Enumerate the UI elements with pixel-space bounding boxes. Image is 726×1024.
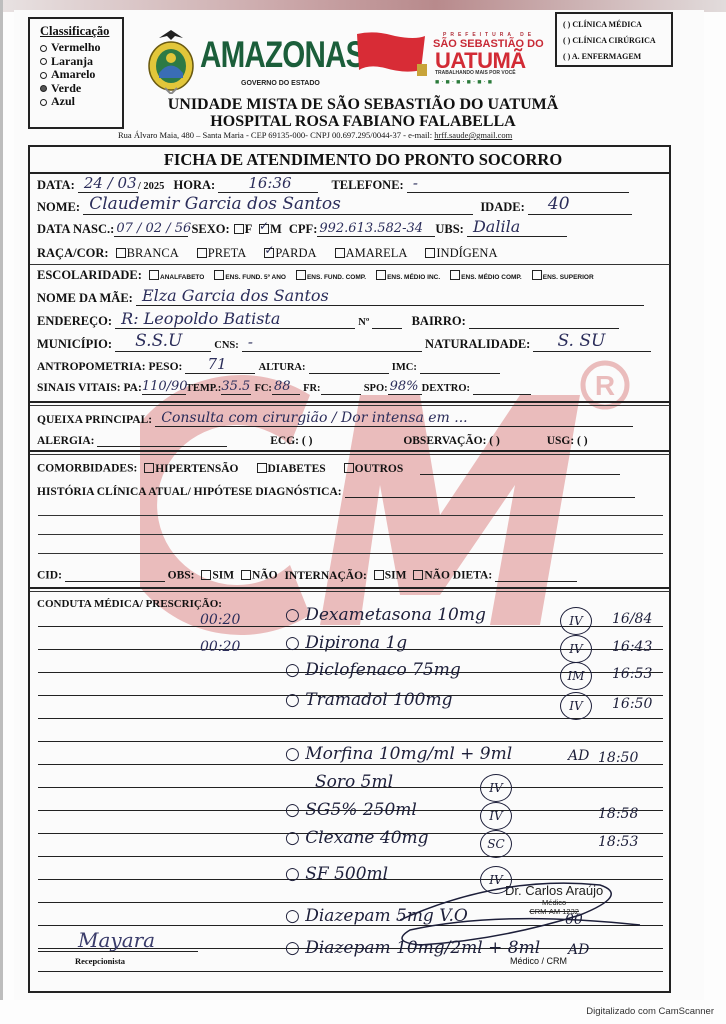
checkbox[interactable] xyxy=(335,248,345,258)
value-peso: 71 xyxy=(207,355,226,373)
value-municipio: S.S.U xyxy=(135,331,182,351)
option-hipertens-o[interactable]: HIPERTENSÃO xyxy=(140,463,238,475)
option-ens-superior[interactable]: ENS. SUPERIOR xyxy=(528,268,594,282)
checkbox-obs-nao[interactable] xyxy=(241,570,251,580)
option-label: PARDA xyxy=(275,246,316,260)
option-label: ENS. FUND. COMP. xyxy=(307,274,366,281)
amazonas-subtitle: GOVERNO DO ESTADO xyxy=(241,80,320,87)
label-alergia: ALERGIA: xyxy=(37,435,95,447)
label-usg[interactable]: USG: ( ) xyxy=(547,435,588,447)
label-cid: CID: xyxy=(37,570,62,582)
prescription-line[interactable] xyxy=(38,856,663,857)
label-naturalidade: NATURALIDADE: xyxy=(425,337,530,351)
row-queixa: QUEIXA PRINCIPAL: Consulta com cirurgião… xyxy=(37,412,633,427)
label-medico-crm: Médico / CRM xyxy=(510,956,567,966)
prescription-item: Soro 5ml xyxy=(315,772,393,792)
value-data: 24 / 03 xyxy=(84,174,137,192)
value-temp: 35.5 xyxy=(221,379,250,394)
row-conduta: CONDUTA MÉDICA/ PRESCRIÇÃO: xyxy=(37,598,222,610)
checkbox-sexo-f[interactable] xyxy=(234,224,244,234)
row-endereco: ENDEREÇO: R: Leopoldo Batista Nº BAIRRO: xyxy=(37,314,619,329)
prescription-line[interactable] xyxy=(38,764,663,765)
classification-option-amarelo[interactable]: Amarelo xyxy=(40,68,122,82)
divider xyxy=(30,454,670,455)
value-nome: Claudemir Garcia dos Santos xyxy=(89,194,341,214)
route-mark: SC xyxy=(480,830,512,858)
row-sinais: SINAIS VITAIS: PA:110/90TEMP.:35.5 FC:88… xyxy=(37,380,531,395)
checkbox[interactable] xyxy=(257,463,267,473)
prescription-item: ○ Dipirona 1g xyxy=(285,633,407,653)
prescription-item: ○ Morfina 10mg/ml + 9ml xyxy=(285,744,512,764)
hospital-title: HOSPITAL ROSA FABIANO FALABELLA xyxy=(0,113,726,131)
label-cns: CNS: xyxy=(214,340,239,351)
row-historia: HISTÓRIA CLÍNICA ATUAL/ HIPÓTESE DIAGNÓS… xyxy=(37,483,635,498)
label-escolaridade: ESCOLARIDADE: xyxy=(37,268,142,282)
divider xyxy=(30,405,670,406)
checkbox[interactable] xyxy=(425,248,435,258)
route-mark: IV xyxy=(560,692,592,720)
option-diabetes[interactable]: DIABETES xyxy=(253,463,326,475)
option-ind-gena[interactable]: INDÍGENA xyxy=(421,246,497,260)
option-ens-m-dio-inc-[interactable]: ENS. MÉDIO INC. xyxy=(372,268,440,282)
row-raca: RAÇA/COR: BRANCAPRETAPARDAAMARELAINDÍGEN… xyxy=(37,246,512,261)
receptionist-line xyxy=(38,951,198,952)
option-label: ENS. MÉDIO INC. xyxy=(387,274,440,281)
label-municipio: MUNICÍPIO: xyxy=(37,337,112,351)
label-conduta: CONDUTA MÉDICA/ PRESCRIÇÃO: xyxy=(37,598,222,610)
value-queixa: Consulta com cirurgião / Dor intensa em … xyxy=(161,410,467,426)
label-endereco: ENDEREÇO: xyxy=(37,314,112,328)
field-fc[interactable]: 88 xyxy=(272,380,300,395)
checkbox[interactable] xyxy=(197,248,207,258)
value-telefone: - xyxy=(413,174,418,192)
option-label: ENS. MÉDIO COMP. xyxy=(461,274,522,281)
historia-line[interactable] xyxy=(38,553,663,554)
checkbox[interactable] xyxy=(264,248,274,258)
route-mark: IV xyxy=(560,635,592,663)
label-idade: IDADE: xyxy=(480,200,524,214)
city-tagline: TRABALHANDO MAIS POR VOCÊ xyxy=(435,70,516,76)
hospital-address: Rua Álvaro Maia, 480 – Santa Maria - CEP… xyxy=(118,130,512,140)
historia-line[interactable] xyxy=(38,515,663,516)
option-label: AMARELA xyxy=(346,246,408,260)
label-bairro: BAIRRO: xyxy=(412,314,466,328)
label-queixa: QUEIXA PRINCIPAL: xyxy=(37,414,152,426)
administration-time: 16:53 xyxy=(612,666,652,682)
field-cns[interactable]: - xyxy=(242,337,422,352)
form-title: FICHA DE ATENDIMENTO DO PRONTO SOCORRO xyxy=(0,150,726,170)
route-mark: AD xyxy=(568,748,589,764)
value-spo: 98% xyxy=(390,379,419,394)
label-nome: NOME: xyxy=(37,200,80,214)
field-queixa[interactable]: Consulta com cirurgião / Dor intensa em … xyxy=(155,412,633,427)
label-fr: FR: xyxy=(303,383,321,394)
label-internacao-sim: SIM xyxy=(385,570,407,582)
value-nome-mae: Elza Garcia dos Santos xyxy=(142,286,329,305)
field-peso[interactable]: 71 xyxy=(185,359,255,374)
field-data[interactable]: 24 / 03 xyxy=(78,178,138,193)
field-municipio[interactable]: S.S.U xyxy=(115,337,211,352)
value-cns: - xyxy=(248,333,253,351)
prescription-item: ○ SF 500ml xyxy=(285,864,388,884)
field-pa[interactable]: 110/90 xyxy=(142,380,186,395)
row-cid: CID: OBS: SIM NÃO INTERNAÇÃO: SIM NÃO DI… xyxy=(37,567,577,582)
field-temp[interactable]: 35.5 xyxy=(221,380,251,395)
label-obs: OBS: xyxy=(168,570,195,582)
administration-time: 18:53 xyxy=(598,834,638,850)
row-comorbidades: COMORBIDADES: HIPERTENSÃODIABETESOUTROS xyxy=(37,460,620,475)
checkbox-internacao-nao[interactable] xyxy=(413,570,423,580)
option-label: OUTROS xyxy=(355,463,404,475)
row-mae: NOME DA MÃE: Elza Garcia dos Santos xyxy=(37,291,644,306)
classification-option-label: Amarelo xyxy=(51,67,95,81)
label-recepcionista: Recepcionista xyxy=(75,956,125,966)
label-comorbidades: COMORBIDADES: xyxy=(37,463,137,475)
label-dieta: DIETA: xyxy=(453,570,492,582)
field-spo[interactable]: 98% xyxy=(388,380,422,395)
label-hora: HORA: xyxy=(174,178,216,192)
checkbox[interactable] xyxy=(376,270,386,280)
classification-option-vermelho[interactable]: Vermelho xyxy=(40,41,122,55)
camscanner-footer: Digitalizado com CamScanner xyxy=(586,1006,714,1017)
option-label: ANALFABETO xyxy=(160,274,204,281)
label-nome-mae: NOME DA MÃE: xyxy=(37,291,133,305)
value-idade: 40 xyxy=(548,194,570,214)
clinic-option-enfermagem[interactable]: ( ) A. ENFERMAGEM xyxy=(563,49,665,65)
checkbox[interactable] xyxy=(116,248,126,258)
label-year: / 2025 xyxy=(138,181,165,192)
amazonas-title: AMAZONAS xyxy=(200,34,365,76)
label-internacao: INTERNAÇÃO: xyxy=(284,570,366,582)
city-icons: ■·■·■·■·■·■ xyxy=(435,78,494,86)
city-flag-icon xyxy=(355,30,430,80)
label-internacao-nao: NÃO xyxy=(424,570,450,582)
clinic-type-box: ( ) CLÍNICA MÉDICA ( ) CLÍNICA CIRÚRGICA… xyxy=(555,12,673,67)
label-altura: ALTURA: xyxy=(259,362,306,373)
radio-icon xyxy=(40,72,47,79)
value-naturalidade: S. SU xyxy=(557,331,605,351)
classification-option-laranja[interactable]: Laranja xyxy=(40,55,122,69)
label-ubs: UBS: xyxy=(435,222,463,236)
field-cid[interactable] xyxy=(65,567,165,582)
label-spo: SPO: xyxy=(364,383,388,394)
field-historia[interactable] xyxy=(345,483,635,498)
administration-time: 16:50 xyxy=(612,696,652,712)
prescription-time-1: 00:20 xyxy=(200,612,240,628)
field-alergia[interactable] xyxy=(97,432,227,447)
prescription-time-2: 00:20 xyxy=(200,639,240,655)
field-dieta[interactable] xyxy=(495,567,577,582)
value-data-nasc: 07 / 02 / 56 xyxy=(116,221,191,236)
checkbox-sexo-m[interactable] xyxy=(259,224,269,234)
label-sexo-f: F xyxy=(245,222,252,236)
option-branca[interactable]: BRANCA xyxy=(112,246,179,260)
label-peso: ANTROPOMETRIA: PESO: xyxy=(37,361,182,373)
label-temp: TEMP.: xyxy=(186,383,222,394)
value-cpf: 992.613.582-34 xyxy=(319,221,423,236)
row-name: NOME: Claudemir Garcia dos Santos IDADE:… xyxy=(37,200,632,215)
value-fc: 88 xyxy=(274,379,291,394)
value-hora: 16:36 xyxy=(248,174,291,192)
label-raca: RAÇA/COR: xyxy=(37,246,109,260)
prescription-item: ○ Dexametasona 10mg xyxy=(285,605,486,625)
checkbox[interactable] xyxy=(144,463,154,473)
divider xyxy=(30,591,670,592)
prescription-line[interactable] xyxy=(38,741,663,742)
route-mark: IV xyxy=(480,802,512,830)
checkbox[interactable] xyxy=(214,270,224,280)
field-cpf[interactable]: 992.613.582-34 xyxy=(317,222,435,237)
field-endereco[interactable]: R: Leopoldo Batista xyxy=(115,314,355,329)
label-dextro: DEXTRO: xyxy=(422,383,470,394)
label-cpf: CPF: xyxy=(289,222,317,236)
label-numero: Nº xyxy=(358,317,369,328)
checkbox[interactable] xyxy=(532,270,542,280)
historia-line[interactable] xyxy=(38,534,663,535)
label-ecg[interactable]: ECG: ( ) xyxy=(270,435,312,447)
label-data: DATA: xyxy=(37,178,75,192)
option-amarela[interactable]: AMARELA xyxy=(331,246,408,260)
checkbox-internacao-sim[interactable] xyxy=(374,570,384,580)
divider xyxy=(30,264,670,265)
option-outros[interactable]: OUTROS xyxy=(340,463,404,475)
clinic-option-medica[interactable]: ( ) CLÍNICA MÉDICA xyxy=(563,17,665,33)
checkbox[interactable] xyxy=(149,270,159,280)
row-municipio: MUNICÍPIO: S.S.U CNS: - NATURALIDADE: S.… xyxy=(37,337,651,352)
route-mark: IM xyxy=(560,662,592,690)
option-label: HIPERTENSÃO xyxy=(155,463,238,475)
radio-icon xyxy=(40,58,47,65)
option-parda[interactable]: PARDA xyxy=(260,246,316,260)
value-pa: 110/90 xyxy=(142,379,188,394)
field-nome-mae[interactable]: Elza Garcia dos Santos xyxy=(136,291,644,306)
option-label: ENS. SUPERIOR xyxy=(543,274,594,281)
administration-time: 16/84 xyxy=(612,611,652,627)
receptionist-signature: Mayara xyxy=(78,928,155,952)
label-historia: HISTÓRIA CLÍNICA ATUAL/ HIPÓTESE DIAGNÓS… xyxy=(37,486,342,498)
field-hora[interactable]: 16:36 xyxy=(218,178,318,193)
prescription-item: ○ Tramadol 100mg xyxy=(285,690,453,710)
route-mark: IV xyxy=(480,774,512,802)
label-sexo-m: M xyxy=(270,222,282,236)
field-dextro[interactable] xyxy=(473,380,531,395)
row-alergia: ALERGIA: ECG: ( ) OBSERVAÇÃO: ( ) USG: (… xyxy=(37,432,588,447)
city-logo: PREFEITURA DE SÃO SEBASTIÃO DO UATUMÃ TR… xyxy=(355,30,545,90)
label-telefone: TELEFONE: xyxy=(331,178,403,192)
row-date: DATA: 24 / 03/ 2025 HORA: 16:36 TELEFONE… xyxy=(37,178,629,193)
route-mark: IV xyxy=(560,607,592,635)
radio-icon xyxy=(40,85,47,92)
label-fc: FC: xyxy=(254,383,272,394)
label-imc: IMC: xyxy=(392,362,417,373)
address-text: Rua Álvaro Maia, 480 – Santa Maria - CEP… xyxy=(118,130,434,140)
field-data-nasc[interactable]: 07 / 02 / 56 xyxy=(114,222,188,237)
value-endereco: R: Leopoldo Batista xyxy=(121,309,280,328)
field-imc[interactable] xyxy=(420,359,500,374)
prescription-item: ○ Diclofenaco 75mg xyxy=(285,660,461,680)
radio-icon xyxy=(40,45,47,52)
email-link[interactable]: hrff.saude@gmail.com xyxy=(434,130,512,140)
row-escolaridade: ESCOLARIDADE: ANALFABETOENS. FUND. 5º AN… xyxy=(37,268,600,283)
divider xyxy=(30,450,670,452)
field-idade[interactable]: 40 xyxy=(528,200,632,215)
field-altura[interactable] xyxy=(309,359,389,374)
field-bairro[interactable] xyxy=(469,314,619,329)
administration-time: 18:58 xyxy=(598,806,638,822)
clinic-option-cirurgica[interactable]: ( ) CLÍNICA CIRÚRGICA xyxy=(563,33,665,49)
administration-time: 16:43 xyxy=(612,639,652,655)
row-antropometria: ANTROPOMETRIA: PESO: 71 ALTURA: IMC: xyxy=(37,359,500,374)
checkbox[interactable] xyxy=(344,463,354,473)
row-birth: DATA NASC.:07 / 02 / 56 SEXO:F M CPF:992… xyxy=(37,222,567,237)
classification-option-label: Vermelho xyxy=(51,40,101,54)
checkbox[interactable] xyxy=(450,270,460,280)
unit-title: UNIDADE MISTA DE SÃO SEBASTIÃO DO UATUMÃ xyxy=(0,96,726,114)
option-ens-m-dio-comp-[interactable]: ENS. MÉDIO COMP. xyxy=(446,268,522,282)
label-obs-sim: SIM xyxy=(212,570,234,582)
option-label: ENS. FUND. 5º ANO xyxy=(225,274,286,281)
option-ens-fund-comp-[interactable]: ENS. FUND. COMP. xyxy=(292,268,366,282)
label-observacao[interactable]: OBSERVAÇÃO: ( ) xyxy=(403,435,500,447)
field-outros[interactable] xyxy=(420,460,620,475)
doctor-signature-icon xyxy=(380,880,660,950)
field-telefone[interactable]: - xyxy=(407,178,629,193)
field-naturalidade[interactable]: S. SU xyxy=(533,337,651,352)
field-numero[interactable] xyxy=(372,314,402,329)
classification-option-label: Verde xyxy=(51,81,81,95)
divider xyxy=(30,401,670,403)
field-ubs[interactable]: Dalila xyxy=(467,222,567,237)
label-sexo: SEXO: xyxy=(191,222,229,236)
field-nome[interactable]: Claudemir Garcia dos Santos xyxy=(83,200,473,215)
classification-option-label: Laranja xyxy=(51,54,93,68)
value-ubs: Dalila xyxy=(473,217,520,236)
checkbox[interactable] xyxy=(296,270,306,280)
classification-title: Classificação xyxy=(40,24,122,39)
administration-time: 18:50 xyxy=(598,750,638,766)
label-pa: SINAIS VITAIS: PA: xyxy=(37,382,142,394)
amazonas-coat-of-arms-icon xyxy=(145,28,197,94)
field-fr[interactable] xyxy=(321,380,361,395)
option-ens-fund-5-ano[interactable]: ENS. FUND. 5º ANO xyxy=(210,268,286,282)
option-preta[interactable]: PRETA xyxy=(193,246,247,260)
option-label: PRETA xyxy=(208,246,247,260)
option-analfabeto[interactable]: ANALFABETO xyxy=(145,268,204,282)
label-obs-nao: NÃO xyxy=(252,570,278,582)
checkbox-obs-sim[interactable] xyxy=(201,570,211,580)
prescription-line[interactable] xyxy=(38,971,663,972)
classification-option-verde[interactable]: Verde xyxy=(40,82,122,96)
prescription-item: ○ Clexane 40mg xyxy=(285,828,429,848)
option-label: INDÍGENA xyxy=(436,246,497,260)
label-data-nasc: DATA NASC.: xyxy=(37,222,114,236)
option-label: DIABETES xyxy=(268,463,326,475)
divider xyxy=(30,587,670,589)
prescription-item: ○ SG5% 250ml xyxy=(285,800,417,820)
option-label: BRANCA xyxy=(127,246,179,260)
